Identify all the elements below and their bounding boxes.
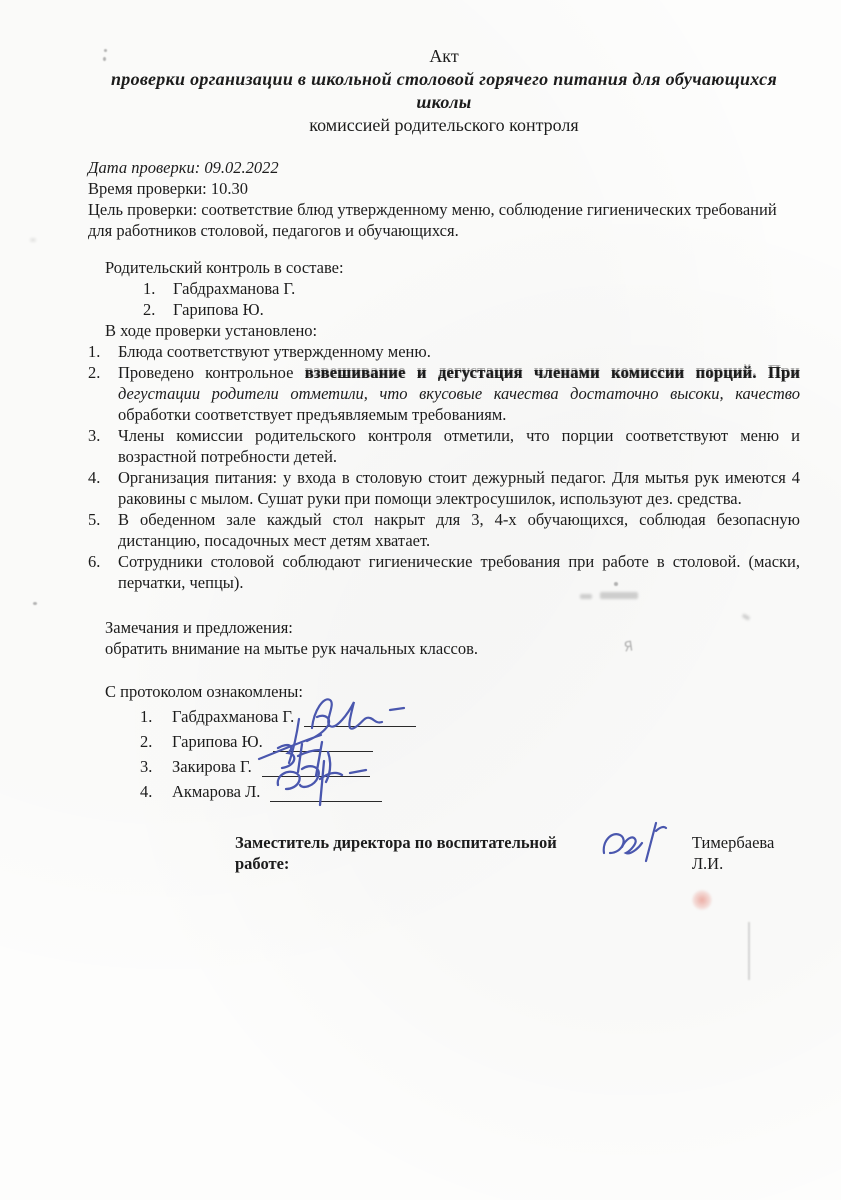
finding-item: 4. Организация питания: у входа в столов… <box>88 467 800 509</box>
list-number: 1. <box>143 278 173 299</box>
finding-2-segment-smudged: взвешивание и дегустация членами комисси… <box>305 363 800 382</box>
finding-item: 3. Члены комиссии родительского контроля… <box>88 425 800 467</box>
findings-list: 1. Блюда соответствуют утвержденному мен… <box>88 341 800 593</box>
finding-item: 2. Проведено контрольное взвешивание и д… <box>88 362 800 425</box>
document-subtitle-2: комиссией родительского контроля <box>88 114 800 137</box>
remarks-text: обратить внимание на мытье рук начальных… <box>88 638 800 659</box>
list-number: 1. <box>88 341 118 362</box>
finding-item: 1. Блюда соответствуют утвержденному мен… <box>88 341 800 362</box>
footer-label: Заместитель директора по воспитательной … <box>235 832 584 874</box>
signatory-name: Закирова Г. <box>172 756 252 777</box>
committee-member-name: Гарипова Ю. <box>173 299 264 320</box>
finding-text: Проведено контрольное взвешивание и дегу… <box>118 362 800 425</box>
finding-2-segment-normal: обработки соответствует предъявляемым тр… <box>118 405 506 424</box>
footer-signer-name: Тимербаева Л.И. <box>692 832 800 874</box>
inspection-date-line: Дата проверки: 09.02.2022 <box>88 157 800 178</box>
finding-item: 5. В обеденном зале каждый стол накрыт д… <box>88 509 800 551</box>
acknowledgment-section: С протоколом ознакомлены: 1. Габдрахмано… <box>88 681 800 802</box>
list-number: 4. <box>140 781 172 802</box>
list-number: 3. <box>140 756 172 777</box>
signatory-row: 2. Гарипова Ю. <box>88 727 800 752</box>
title-block: Акт проверки организации в школьной стол… <box>88 45 800 137</box>
list-number: 6. <box>88 551 118 593</box>
list-number: 4. <box>88 467 118 509</box>
finding-item: 6. Сотрудники столовой соблюдают гигиени… <box>88 551 800 593</box>
footer-signature-row: Заместитель директора по воспитательной … <box>235 838 800 868</box>
pink-ink-blot <box>692 890 712 910</box>
signature-line <box>270 777 382 802</box>
signatory-row: 4. Акмарова Л. <box>88 777 800 802</box>
findings-heading: В ходе проверки установлено: <box>88 320 800 341</box>
document-title: Акт <box>88 45 800 68</box>
list-number: 3. <box>88 425 118 467</box>
committee-member-row: 1. Габдрахманова Г. <box>88 278 800 299</box>
committee-member-row: 2. Гарипова Ю. <box>88 299 800 320</box>
document-subtitle: проверки организации в школьной столовой… <box>88 68 800 114</box>
finding-2-segment-italic: дегустации родители отметили, что вкусов… <box>118 384 800 403</box>
scan-smudge <box>30 238 36 242</box>
list-number: 5. <box>88 509 118 551</box>
signature-akmarova-icon <box>270 759 382 815</box>
scanned-document-page: Акт проверки организации в школьной стол… <box>0 0 841 1200</box>
signatory-name: Гарипова Ю. <box>172 731 263 752</box>
signatory-row: 1. Габдрахманова Г. <box>88 702 800 727</box>
finding-text: В обеденном зале каждый стол накрыт для … <box>118 509 800 551</box>
scan-streak <box>748 922 750 980</box>
finding-text: Организация питания: у входа в столовую … <box>118 467 800 509</box>
finding-2-segment-normal: Проведено контрольное <box>118 363 305 382</box>
document-content: Акт проверки организации в школьной стол… <box>88 45 800 868</box>
scan-speck <box>33 602 37 605</box>
committee-member-name: Габдрахманова Г. <box>173 278 295 299</box>
finding-text: Сотрудники столовой соблюдают гигиеничес… <box>118 551 800 593</box>
committee-heading: Родительский контроль в составе: <box>88 257 800 278</box>
signature-timerbaeva-icon <box>598 817 664 873</box>
meta-block: Дата проверки: 09.02.2022 Время проверки… <box>88 157 800 241</box>
signatory-name: Акмарова Л. <box>172 781 260 802</box>
list-number: 2. <box>88 362 118 425</box>
committee-section: Родительский контроль в составе: 1. Габд… <box>88 257 800 341</box>
remarks-section: Замечания и предложения: обратить вниман… <box>88 617 800 659</box>
acknowledgment-heading: С протоколом ознакомлены: <box>88 681 800 702</box>
list-number: 1. <box>140 706 172 727</box>
remarks-heading: Замечания и предложения: <box>88 617 800 638</box>
signatory-row: 3. Закирова Г. <box>88 752 800 777</box>
finding-text: Члены комиссии родительского контроля от… <box>118 425 800 467</box>
list-number: 2. <box>143 299 173 320</box>
inspection-time-line: Время проверки: 10.30 <box>88 178 800 199</box>
inspection-purpose-line: Цель проверки: соответствие блюд утвержд… <box>88 199 800 241</box>
list-number: 2. <box>140 731 172 752</box>
finding-text: Блюда соответствуют утвержденному меню. <box>118 341 800 362</box>
